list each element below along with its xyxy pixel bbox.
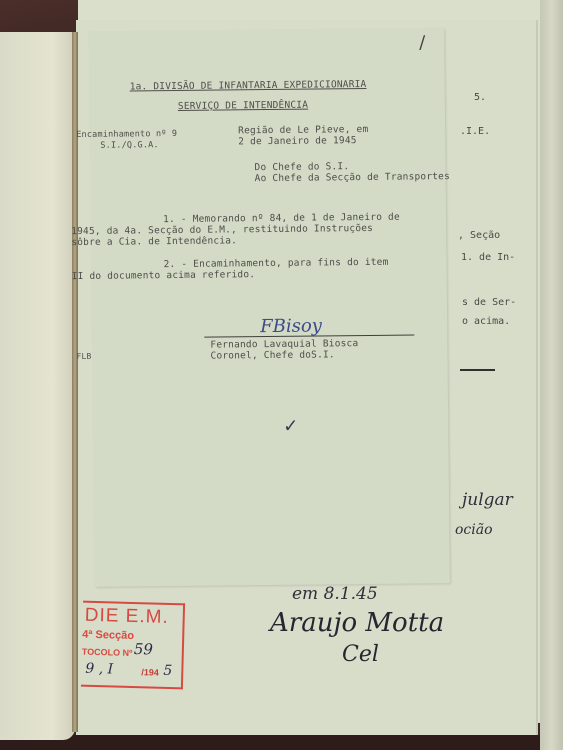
left-folder-page xyxy=(0,32,75,740)
signatory-name: Fernando Lavaquial Biosca xyxy=(210,338,358,351)
reference-unit: S.I./Q.G.A. xyxy=(100,140,159,151)
stamp-line2: 4ª Secção xyxy=(82,629,134,642)
handwritten-date: em 8.1.45 xyxy=(292,584,378,604)
signature-line xyxy=(204,334,414,337)
stacked-page-edges xyxy=(540,0,563,750)
reference-number: Encaminhamento nº 9 xyxy=(76,129,177,140)
signatory-title: Coronel, Chefe doS.I. xyxy=(210,349,334,361)
top-pencil-mark: / xyxy=(419,32,425,53)
stamp-line3: TOCOLO Nº xyxy=(82,647,133,658)
back-fragment-5: s de Ser- xyxy=(462,297,516,308)
date-line: 2 de Janeiro de 1945 xyxy=(238,135,356,147)
back-fragment-4: 1. de In- xyxy=(461,252,515,263)
stamp-date: 9 , I xyxy=(85,661,113,678)
handwritten-note-2: ocião xyxy=(455,522,493,538)
item2-line1: 2. - Encaminhamento, para fins do item xyxy=(163,257,388,270)
protocol-stamp: DIE E.M. 4ª Secção TOCOLO Nº 59 9 , I /1… xyxy=(81,601,185,690)
front-memo-sheet: / 1a. DIVISÃO DE INFANTARIA EXPEDICIONAR… xyxy=(89,28,450,587)
checkmark-icon: ✓ xyxy=(283,416,298,437)
desk-background-bottom xyxy=(0,735,563,750)
to-line: Ao Chefe da Secção de Transportes xyxy=(255,171,450,184)
stamp-year-prefix: /194 xyxy=(141,667,159,677)
back-rule xyxy=(460,369,495,371)
back-fragment-6: o acima. xyxy=(462,316,510,327)
initials: FLB xyxy=(76,352,91,361)
stamp-year-suffix: 5 xyxy=(163,663,172,679)
stamp-protocol-number: 59 xyxy=(134,640,154,658)
signature-scrawl: FBisoy xyxy=(260,315,322,337)
item2-line2: II do documento acima referido. xyxy=(72,269,256,282)
stamp-line1: DIE E.M. xyxy=(84,605,169,629)
back-fragment-1: 5. xyxy=(474,92,486,103)
header-service: SERVIÇO DE INTENDÊNCIA xyxy=(178,100,308,112)
back-fragment-3: , Seção xyxy=(458,230,500,241)
handwritten-abbrev: Cel xyxy=(342,642,379,667)
handwritten-signature: Araujo Motta xyxy=(270,608,444,638)
back-fragment-2: .I.E. xyxy=(460,126,490,137)
item1-line3: sôbre a Cia. de Intendência. xyxy=(71,235,237,248)
handwritten-note-julgar: julgar xyxy=(462,490,513,510)
header-division: 1a. DIVISÃO DE INFANTARIA EXPEDICIONARIA xyxy=(130,79,367,92)
